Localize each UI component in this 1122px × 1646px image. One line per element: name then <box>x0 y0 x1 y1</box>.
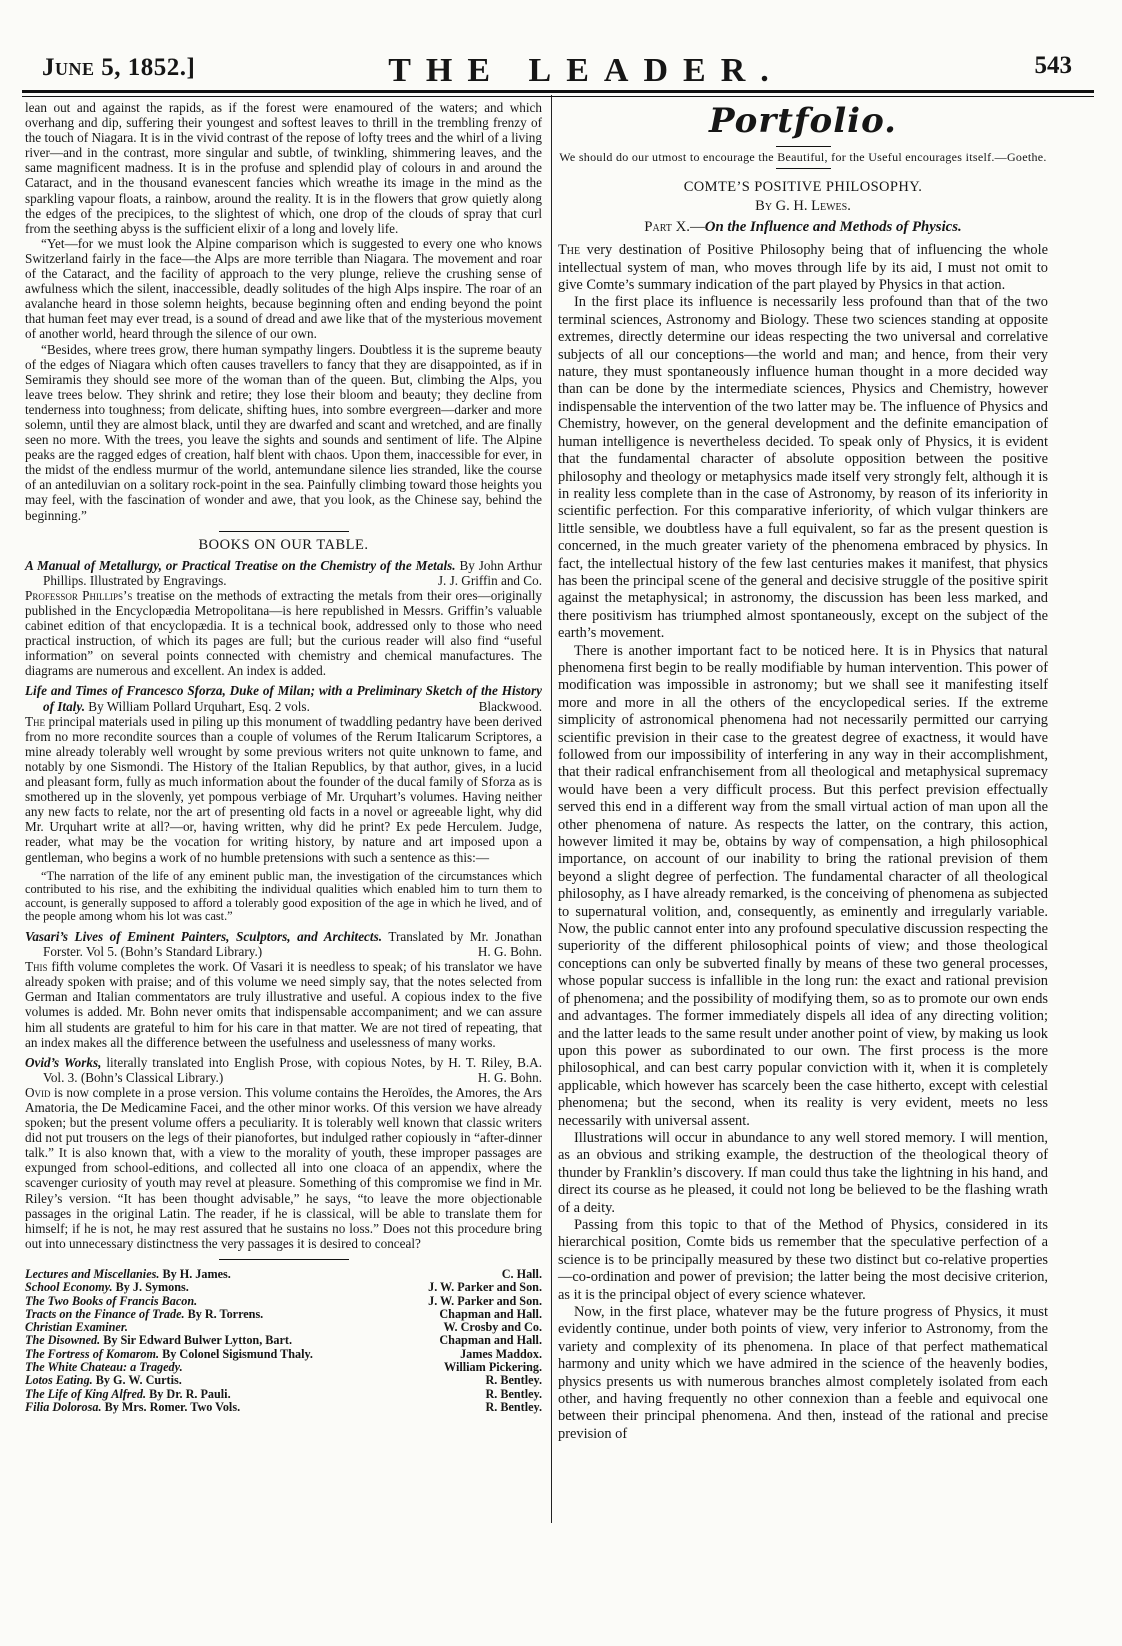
review-body: Ovid is now complete in a prose version.… <box>25 1085 542 1251</box>
section-title: Portfolio. <box>558 100 1048 142</box>
newspaper-page: June 5, 1852.] THE LEADER. 543 lean out … <box>0 0 1122 1646</box>
list-item: Lotos Eating. By G. W. Curtis.R. Bentley… <box>25 1374 542 1387</box>
list-book-publisher: Chapman and Hall. <box>439 1334 542 1347</box>
list-book-title: Lectures and Miscellanies. <box>25 1267 159 1281</box>
review-quote: “The narration of the life of any eminen… <box>25 870 542 924</box>
motto: We should do our utmost to encourage the… <box>558 151 1048 164</box>
books-heading: BOOKS ON OUR TABLE. <box>25 538 542 553</box>
list-item: Lectures and Miscellanies. By H. James.C… <box>25 1268 542 1281</box>
review-text: is now complete in a prose version. This… <box>25 1085 542 1251</box>
review-lead: Ovid <box>25 1085 51 1100</box>
newspaper-title: THE LEADER. <box>28 52 1084 90</box>
review-heading: Life and Times of Francesco Sforza, Duke… <box>25 683 542 713</box>
list-book-author: By Mrs. Romer. Two Vols. <box>105 1400 241 1414</box>
article-part: Part X.—On the Influence and Methods of … <box>558 219 1048 236</box>
article-paragraph: Illustrations will occur in abundance to… <box>558 1130 1048 1217</box>
list-book-publisher: James Maddox. <box>460 1348 542 1361</box>
niagara-paragraph: lean out and against the rapids, as if t… <box>25 100 542 236</box>
review-body: Professor Phillips’s treatise on the met… <box>25 588 542 679</box>
review-heading: Ovid’s Works, literally translated into … <box>25 1055 542 1085</box>
list-book-author: By J. Symons. <box>116 1280 189 1294</box>
article-title: COMTE’S POSITIVE PHILOSOPHY. <box>558 179 1048 196</box>
review-body: The principal materials used in piling u… <box>25 714 542 865</box>
book-publisher: Blackwood. <box>497 699 542 714</box>
list-book-author: By Colonel Sigismund Thaly. <box>162 1347 313 1361</box>
list-book-author: By Sir Edward Bulwer Lytton, Bart. <box>103 1333 292 1347</box>
list-item: The Disowned. By Sir Edward Bulwer Lytto… <box>25 1334 542 1347</box>
part-title: On the Influence and Methods of Physics. <box>705 219 962 235</box>
list-book-author: By G. W. Curtis. <box>96 1373 182 1387</box>
books-received-list: Lectures and Miscellanies. By H. James.C… <box>25 1268 542 1414</box>
review-lead: This <box>25 959 48 974</box>
article-paragraph: In the first place its influence is nece… <box>558 294 1048 642</box>
review-text: fifth volume completes the work. Of Vasa… <box>25 959 542 1049</box>
book-publisher: H. G. Bohn. <box>496 944 542 959</box>
book-credit: literally translated into English Prose,… <box>43 1055 542 1085</box>
list-book-author: By R. Torrens. <box>188 1307 264 1321</box>
list-book-publisher: R. Bentley. <box>485 1388 542 1401</box>
list-item: The Life of King Alfred. By Dr. R. Pauli… <box>25 1388 542 1401</box>
list-book-title: The White Chateau: a Tragedy. <box>25 1360 183 1374</box>
list-book-publisher: J. W. Parker and Son. <box>428 1281 542 1294</box>
list-book-title: School Economy. <box>25 1280 113 1294</box>
list-book-title: Lotos Eating. <box>25 1373 93 1387</box>
article-paragraph: Now, in the first place, whatever may be… <box>558 1304 1048 1443</box>
masthead-rule <box>22 90 1094 97</box>
article-paragraph: The very destination of Positive Philoso… <box>558 242 1048 294</box>
list-book-publisher: C. Hall. <box>502 1268 542 1281</box>
list-book-title: Filia Dolorosa. <box>25 1400 102 1414</box>
list-book-publisher: Chapman and Hall. <box>439 1308 542 1321</box>
section-rule <box>219 531 349 532</box>
review-lead: Professor Phillips’s <box>25 588 132 603</box>
list-book-title: The Life of King Alfred. <box>25 1387 146 1401</box>
section-rule <box>776 146 831 147</box>
list-book-title: The Two Books of Francis Bacon. <box>25 1294 197 1308</box>
list-book-title: The Fortress of Komarom. <box>25 1347 159 1361</box>
list-item: Christian Examiner. W. Crosby and Co. <box>25 1321 542 1334</box>
list-item: The Two Books of Francis Bacon. J. W. Pa… <box>25 1295 542 1308</box>
review-lead: The <box>25 714 45 729</box>
list-item: The Fortress of Komarom. By Colonel Sigi… <box>25 1348 542 1361</box>
book-credit: By William Pollard Urquhart, Esq. 2 vols… <box>88 699 310 714</box>
list-book-publisher: W. Crosby and Co. <box>443 1321 542 1334</box>
section-rule <box>219 1259 349 1260</box>
list-book-title: The Disowned. <box>25 1333 100 1347</box>
column-divider <box>551 95 552 1523</box>
page-number: 543 <box>1035 52 1073 80</box>
review-body: This fifth volume completes the work. Of… <box>25 959 542 1050</box>
list-book-author: By H. James. <box>162 1267 230 1281</box>
book-publisher: J. J. Griffin and Co. <box>456 573 542 588</box>
list-book-author: By Dr. R. Pauli. <box>149 1387 231 1401</box>
list-book-publisher: William Pickering. <box>444 1361 542 1374</box>
book-title: A Manual of Metallurgy, or Practical Tre… <box>25 558 456 573</box>
article-lead: The <box>558 242 580 258</box>
part-label: Part X.— <box>644 219 705 235</box>
list-item: School Economy. By J. Symons.J. W. Parke… <box>25 1281 542 1294</box>
list-book-publisher: R. Bentley. <box>485 1374 542 1387</box>
article-text: very destination of Positive Philosophy … <box>558 242 1048 293</box>
article-paragraph: There is another important fact to be no… <box>558 643 1048 1130</box>
list-book-title: Christian Examiner. <box>25 1320 128 1334</box>
list-book-publisher: R. Bentley. <box>485 1401 542 1414</box>
masthead: June 5, 1852.] THE LEADER. 543 <box>28 50 1084 90</box>
list-book-publisher: J. W. Parker and Son. <box>428 1295 542 1308</box>
article-paragraph: Passing from this topic to that of the M… <box>558 1217 1048 1304</box>
review-text: principal materials used in piling up th… <box>25 714 542 865</box>
review-heading: A Manual of Metallurgy, or Practical Tre… <box>25 558 542 588</box>
niagara-paragraph: “Yet—for we must look the Alpine compari… <box>25 236 542 342</box>
section-rule <box>776 168 831 169</box>
article-byline: By G. H. Lewes. <box>558 198 1048 215</box>
left-column: lean out and against the rapids, as if t… <box>25 100 542 1414</box>
list-item: Filia Dolorosa. By Mrs. Romer. Two Vols.… <box>25 1401 542 1414</box>
list-item: The White Chateau: a Tragedy. William Pi… <box>25 1361 542 1374</box>
review-heading: Vasari’s Lives of Eminent Painters, Scul… <box>25 929 542 959</box>
niagara-paragraph: “Besides, where trees grow, there human … <box>25 342 542 523</box>
list-item: Tracts on the Finance of Trade. By R. To… <box>25 1308 542 1321</box>
book-publisher: H. G. Bohn. <box>496 1070 542 1085</box>
right-column: Portfolio. We should do our utmost to en… <box>558 100 1048 1443</box>
book-title: Ovid’s Works, <box>25 1055 101 1070</box>
list-book-title: Tracts on the Finance of Trade. <box>25 1307 185 1321</box>
book-title: Vasari’s Lives of Eminent Painters, Scul… <box>25 929 382 944</box>
